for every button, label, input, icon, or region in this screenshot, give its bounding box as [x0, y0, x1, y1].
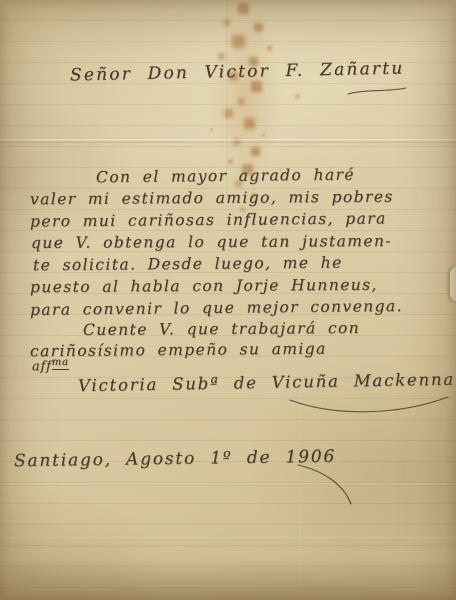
letter-line: pero mui cariñosas influencias, para	[30, 209, 387, 230]
edge-tear	[450, 266, 456, 302]
closing-superscript: ma	[52, 357, 69, 370]
letter-line: cariñosísimo empeño su amiga	[30, 340, 327, 361]
letter-scan: Señor Don Victor F. Zañartu Con el mayor…	[0, 0, 456, 600]
closing-prefix: aff	[32, 359, 52, 374]
foxing-stains	[0, 0, 1, 1]
letter-line: te solicita. Desde luego, me he	[33, 254, 343, 275]
letter-line: puesto al habla con Jorje Hunneus,	[30, 276, 378, 296]
letter-line: Cuente V. que trabajará con	[83, 319, 360, 339]
letter-line: que V. obtenga lo que tan justamen-	[31, 232, 392, 252]
letter-line: Con el mayor agrado haré	[96, 166, 355, 187]
letter-line: valer mi estimado amigo, mis pobres	[30, 188, 394, 209]
closing-abbreviation: affma	[32, 357, 69, 374]
